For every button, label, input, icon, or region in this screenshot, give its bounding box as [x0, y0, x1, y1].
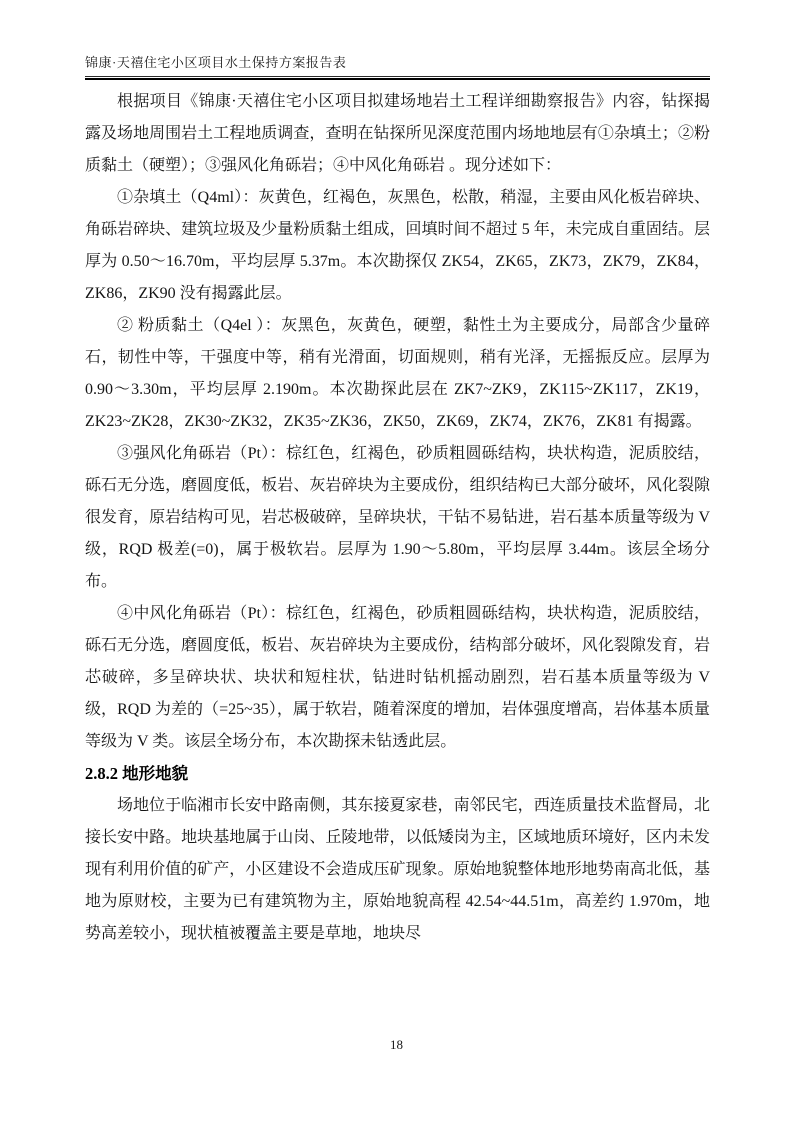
- header-rule: [85, 76, 710, 80]
- document-page: 锦康·天禧住宅小区项目水土保持方案报告表 根据项目《锦康·天禧住宅小区项目拟建场…: [0, 0, 793, 1122]
- paragraph-layer-4-moderately-weathered-breccia: ④中风化角砾岩（Pt）：棕红色，红褐色，砂质粗圆砾结构，块状构造，泥质胶结，砾石…: [85, 598, 710, 758]
- paragraph-terrain-description: 场地位于临湘市长安中路南侧，其东接夏家巷，南邻民宅，西连质量技术监督局，北接长安…: [85, 790, 710, 950]
- header-rule-thick-line: [85, 78, 710, 80]
- header-rule-thin-line: [85, 76, 710, 77]
- page-header-title: 锦康·天禧住宅小区项目水土保持方案报告表: [85, 53, 710, 72]
- page-header: 锦康·天禧住宅小区项目水土保持方案报告表: [85, 53, 710, 80]
- document-body: 根据项目《锦康·天禧住宅小区项目拟建场地岩土工程详细勘察报告》内容，钻探揭露及场…: [85, 86, 710, 950]
- page-footer: 18: [0, 1036, 793, 1054]
- paragraph-layer-3-strongly-weathered-breccia: ③强风化角砾岩（Pt）：棕红色，红褐色，砂质粗圆砾结构，块状构造，泥质胶结，砾石…: [85, 438, 710, 598]
- page-number: 18: [390, 1037, 403, 1052]
- paragraph-survey-intro: 根据项目《锦康·天禧住宅小区项目拟建场地岩土工程详细勘察报告》内容，钻探揭露及场…: [85, 86, 710, 182]
- paragraph-layer-2-silty-clay: ② 粉质黏土（Q4el ）：灰黑色，灰黄色，硬塑，黏性土为主要成分，局部含少量碎…: [85, 310, 710, 438]
- section-heading-terrain: 2.8.2 地形地貌: [85, 758, 710, 790]
- paragraph-layer-1-miscellaneous-fill: ①杂填土（Q4ml）：灰黄色，红褐色，灰黑色，松散，稍湿，主要由风化板岩碎块、角…: [85, 182, 710, 310]
